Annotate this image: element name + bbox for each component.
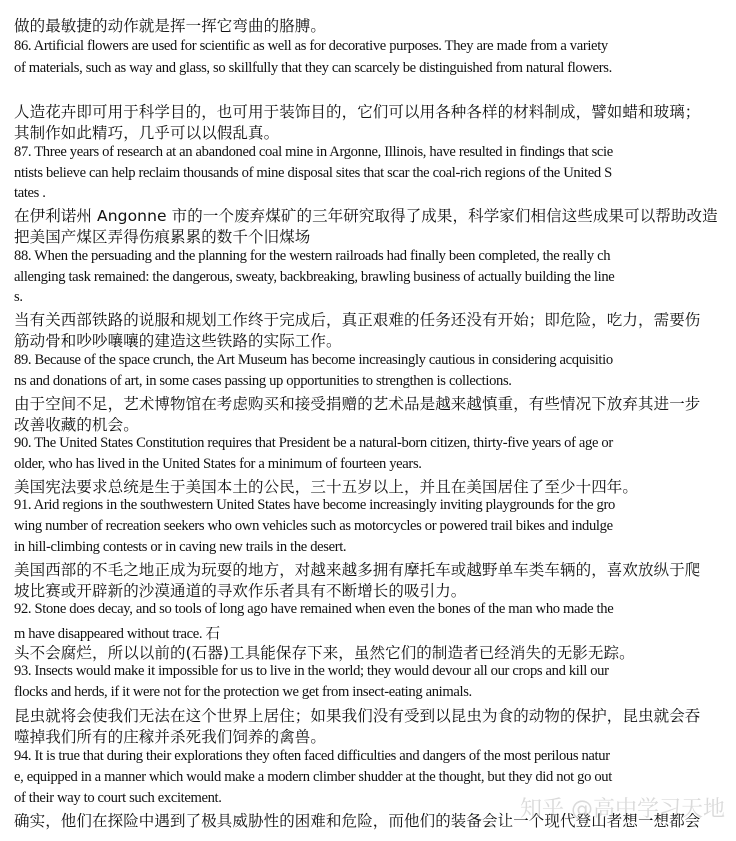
english-text-line: 89. Because of the space crunch, the Art… [14, 352, 613, 369]
chinese-translation-line: 噬掉我们所有的庄稼并杀死我们饲养的禽兽。 [14, 725, 326, 747]
chinese-translation-line: 美国宪法要求总统是生于美国本土的公民，三十五岁以上，并且在美国居住了至少十四年。 [14, 475, 638, 497]
chinese-translation-line: 在伊利诺州 Angonne 市的一个废弃煤矿的三年研究取得了成果，科学家们相信这… [14, 204, 718, 226]
document-page: 做的最敏捷的动作就是挥一挥它弯曲的胳膊。86. Artificial flowe… [0, 0, 736, 841]
english-text-line: e, equipped in a manner which would make… [14, 769, 612, 786]
english-text-line: 87. Three years of research at an abando… [14, 144, 613, 161]
english-text-line: 88. When the persuading and the planning… [14, 248, 610, 265]
chinese-translation-line: 人造花卉即可用于科学目的，也可用于装饰目的，它们可以用各种各样的材料制成，譬如蜡… [14, 100, 700, 122]
english-text-line: ntists believe can help reclaim thousand… [14, 165, 612, 182]
watermark: 知乎 @高中学习天地 [520, 792, 725, 823]
english-text-line: 91. Arid regions in the southwestern Uni… [14, 497, 615, 514]
chinese-translation-line: 改善收藏的机会。 [14, 413, 139, 435]
chinese-translation-line: 做的最敏捷的动作就是挥一挥它弯曲的胳膊。 [14, 14, 326, 36]
english-text-line: 93. Insects would make it impossible for… [14, 663, 609, 680]
english-text-line: of their way to court such excitement. [14, 790, 222, 807]
english-text-line: of materials, such as way and glass, so … [14, 60, 612, 77]
chinese-translation-line: 由于空间不足，艺术博物馆在考虑购买和接受捐赠的艺术品是越来越慎重，有些情况下放弃… [14, 392, 700, 414]
english-text-line: older, who has lived in the United State… [14, 456, 422, 473]
english-text-line: tates . [14, 185, 46, 202]
english-text-line: ns and donations of art, in some cases p… [14, 373, 512, 390]
english-text-line: 94. It is true that during their explora… [14, 748, 610, 765]
english-text-line: m have disappeared without trace. 石 [14, 622, 220, 643]
chinese-translation-line: 坡比赛或开辟新的沙漠通道的寻欢作乐者具有不断增长的吸引力。 [14, 579, 466, 601]
chinese-translation-line: 当有关西部铁路的说服和规划工作终于完成后，真正艰难的任务还没有开始；即危险，吃力… [14, 308, 700, 330]
chinese-translation-line: 昆虫就将会使我们无法在这个世界上居住；如果我们没有受到以昆虫为食的动物的保护，昆… [14, 704, 700, 726]
chinese-translation-line: 其制作如此精巧，几乎可以以假乱真。 [14, 121, 279, 143]
english-text-line: s. [14, 289, 23, 306]
english-text-line: wing number of recreation seekers who ow… [14, 518, 613, 535]
chinese-translation-line: 头不会腐烂，所以以前的(石器)工具能保存下来，虽然它们的制造者已经消失的无影无踪… [14, 641, 635, 663]
english-text-line: 92. Stone does decay, and so tools of lo… [14, 601, 613, 618]
english-text-line: in hill-climbing contests or in caving n… [14, 539, 346, 556]
chinese-translation-line: 把美国产煤区弄得伤痕累累的数千个旧煤场 [14, 225, 310, 247]
english-text-line: 90. The United States Constitution requi… [14, 435, 613, 452]
english-text-line: 86. Artificial flowers are used for scie… [14, 38, 608, 55]
chinese-translation-line: 筋动骨和吵吵嚷嚷的建造这些铁路的实际工作。 [14, 329, 342, 351]
chinese-translation-line: 美国西部的不毛之地正成为玩耍的地方，对越来越多拥有摩托车或越野单车类车辆的，喜欢… [14, 558, 700, 580]
english-text-line: flocks and herds, if it were not for the… [14, 684, 472, 701]
english-text-line: allenging task remained: the dangerous, … [14, 269, 614, 286]
